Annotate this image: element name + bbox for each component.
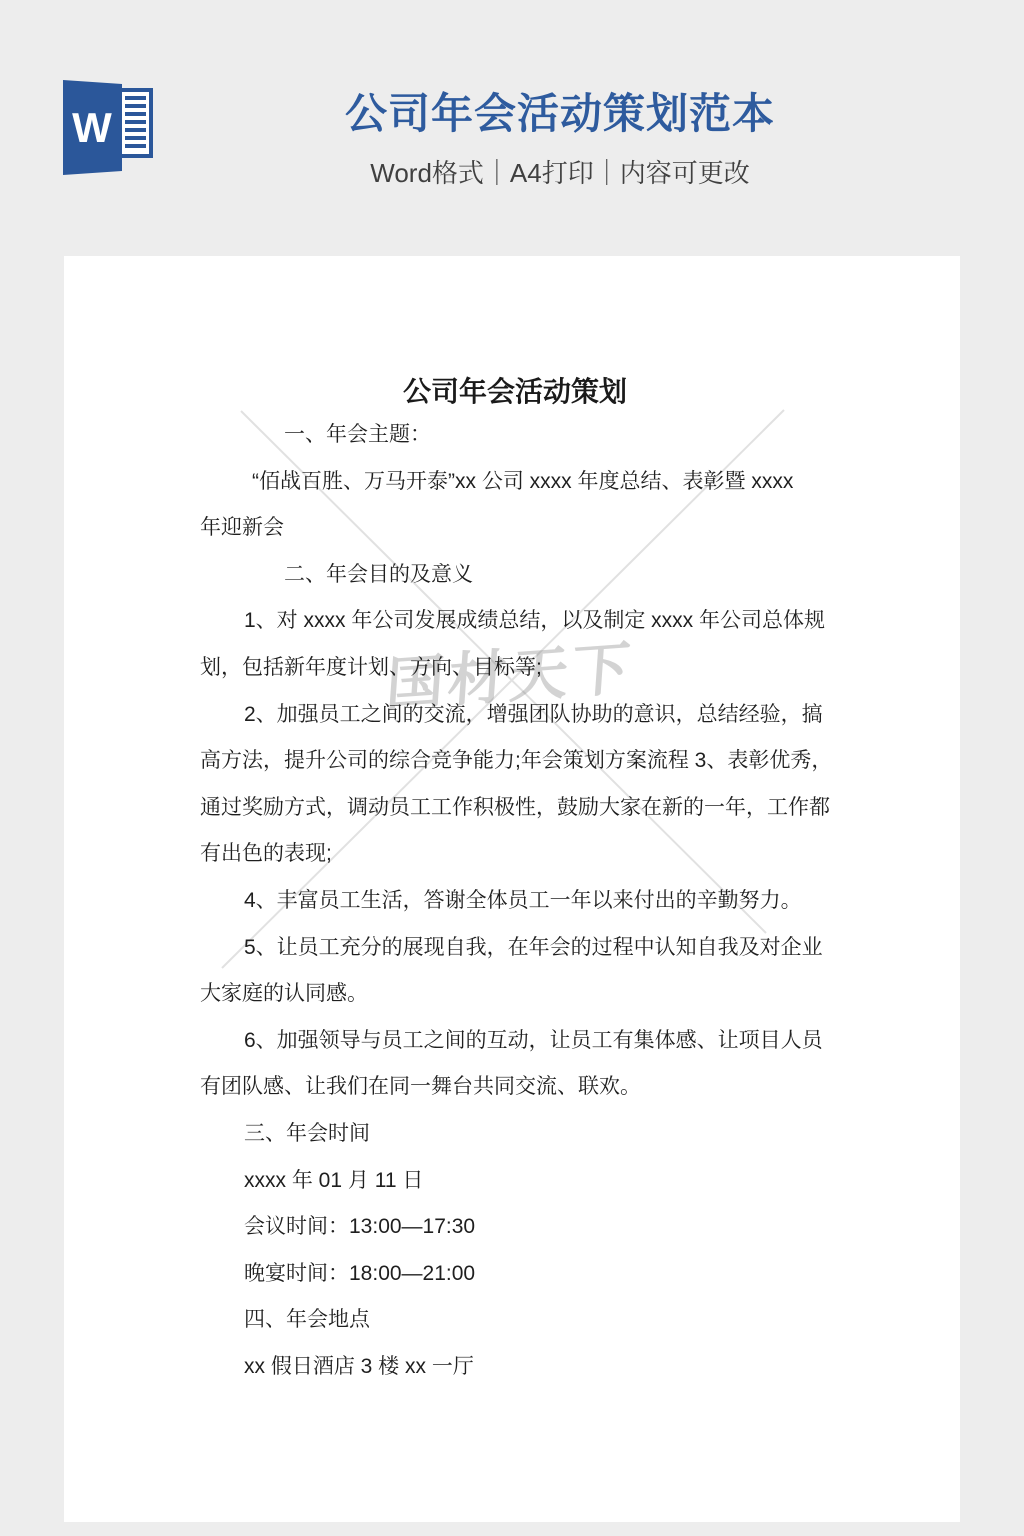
- document-page: 国材天下 公司年会活动策划 一、年会主题：“佰战百胜、万马开泰”xx 公司 xx…: [64, 256, 960, 1522]
- doc-line: 四、年会地点: [200, 1297, 840, 1344]
- doc-line: 一、年会主题：: [200, 412, 840, 459]
- doc-line: 有团队感、让我们在同一舞台共同交流、联欢。: [200, 1064, 840, 1111]
- header-text-block: 公司年会活动策划范本 Word格式｜A4打印｜内容可更改: [160, 90, 960, 188]
- doc-lines: 一、年会主题：“佰战百胜、万马开泰”xx 公司 xxxx 年度总结、表彰暨 xx…: [200, 412, 840, 1390]
- doc-line: xx 假日酒店 3 楼 xx 一厅: [200, 1344, 840, 1391]
- doc-line: xxxx 年 01 月 11 日: [200, 1158, 840, 1205]
- doc-line: 三、年会时间: [200, 1111, 840, 1158]
- doc-line: 通过奖励方式，调动员工工作积极性，鼓励大家在新的一年，工作都: [200, 785, 840, 832]
- doc-line: 划，包括新年度计划、方向、目标等;: [200, 645, 840, 692]
- page-subtitle: Word格式｜A4打印｜内容可更改: [160, 158, 960, 188]
- doc-line: 会议时间：13:00—17:30: [200, 1204, 840, 1251]
- doc-line: 2、加强员工之间的交流，增强团队协助的意识，总结经验，搞: [200, 692, 840, 739]
- doc-line: 4、丰富员工生活，答谢全体员工一年以来付出的辛勤努力。: [200, 878, 840, 925]
- doc-line: 二、年会目的及意义: [200, 552, 840, 599]
- doc-line: 高方法，提升公司的综合竞争能力;年会策划方案流程 3、表彰优秀，: [200, 738, 840, 785]
- doc-line: 年迎新会: [200, 505, 840, 552]
- word-icon: W: [63, 79, 153, 175]
- page-title: 公司年会活动策划范本: [160, 90, 960, 138]
- doc-line: 有出色的表现;: [200, 831, 840, 878]
- doc-line: 晚宴时间：18:00—21:00: [200, 1251, 840, 1298]
- doc-line: 1、对 xxxx 年公司发展成绩总结，以及制定 xxxx 年公司总体规: [200, 598, 840, 645]
- doc-line: 大家庭的认同感。: [200, 971, 840, 1018]
- doc-line: 5、让员工充分的展现自我，在年会的过程中认知自我及对企业: [200, 925, 840, 972]
- document-title: 公司年会活动策划: [200, 372, 830, 412]
- doc-line: 6、加强领导与员工之间的互动，让员工有集体感、让项目人员: [200, 1018, 840, 1065]
- word-icon-letter: W: [72, 104, 112, 151]
- doc-line: “佰战百胜、万马开泰”xx 公司 xxxx 年度总结、表彰暨 xxxx: [200, 459, 840, 506]
- page-header: W 公司年会活动策划范本 Word格式｜A4打印｜内容可更改: [0, 0, 1024, 230]
